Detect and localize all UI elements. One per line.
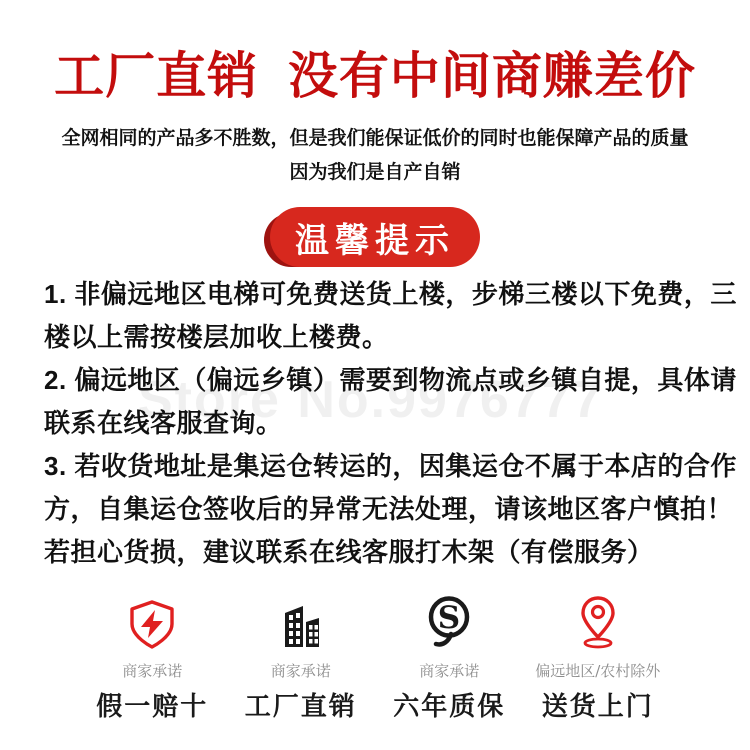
notice-point-3-line-2: 方，自集运仓签收后的异常无法处理，请该地区客户慎拍！ (44, 488, 712, 531)
feature-factory-direct: 商家承诺 工厂直销 (227, 593, 376, 723)
subtitle-line-2: 因为我们是自产自销 (0, 156, 750, 190)
subtitle: 全网相同的产品多不胜数，但是我们能保证低价的同时也能保障产品的质量 因为我们是自… (0, 122, 750, 190)
shield-lightning-icon (127, 593, 177, 651)
tip-badge-label: 温馨提示 (295, 213, 455, 262)
page-title: 工厂直销 没有中间商赚差价 (0, 36, 750, 108)
subtitle-line-1: 全网相同的产品多不胜数，但是我们能保证低价的同时也能保障产品的质量 (0, 122, 750, 156)
feature-fake-one-pay-ten: 商家承诺 假一赔十 (78, 593, 227, 723)
notice-list: 1. 非偏远地区电梯可免费送货上楼，步梯三楼以下免费，三 楼以上需按楼层加收上楼… (44, 273, 712, 574)
feature-sublabel: 商家承诺 (419, 660, 479, 681)
promo-panel: Store No.9976777 工厂直销 没有中间商赚差价 全网相同的产品多不… (0, 0, 750, 750)
feature-label: 六年质保 (393, 686, 505, 723)
feature-sublabel: 商家承诺 (271, 660, 331, 681)
feature-sublabel: 偏远地区/农村除外 (535, 660, 660, 681)
location-pin-icon (575, 593, 621, 651)
notice-point-2-line-1: 2. 偏远地区（偏远乡镇）需要到物流点或乡镇自提，具体请 (44, 359, 712, 402)
notice-point-3-line-1: 3. 若收货地址是集运仓转运的，因集运仓不属于本店的合作 (44, 445, 712, 488)
notice-point-3-line-3: 若担心货损，建议联系在线客服打木架（有偿服务） (44, 531, 712, 574)
svg-text:S: S (438, 600, 460, 636)
feature-home-delivery: 偏远地区/农村除外 送货上门 (524, 593, 673, 723)
notice-point-1-line-2: 楼以上需按楼层加收上楼费。 (44, 316, 712, 359)
factory-buildings-icon (276, 593, 326, 651)
notice-point-1-line-1: 1. 非偏远地区电梯可免费送货上楼，步梯三楼以下免费，三 (44, 273, 712, 316)
sq-quality-icon: S (423, 593, 475, 651)
notice-point-2-line-2: 联系在线客服查询。 (44, 402, 712, 445)
feature-label: 工厂直销 (245, 686, 357, 723)
feature-six-year-warranty: S 商家承诺 六年质保 (375, 593, 524, 723)
feature-label: 假一赔十 (96, 686, 208, 723)
tip-badge-body: 温馨提示 (270, 207, 480, 267)
feature-label: 送货上门 (542, 686, 654, 723)
feature-sublabel: 商家承诺 (122, 660, 182, 681)
guarantee-row: 商家承诺 假一赔十 (78, 593, 672, 723)
tip-badge: 温馨提示 (270, 207, 480, 267)
